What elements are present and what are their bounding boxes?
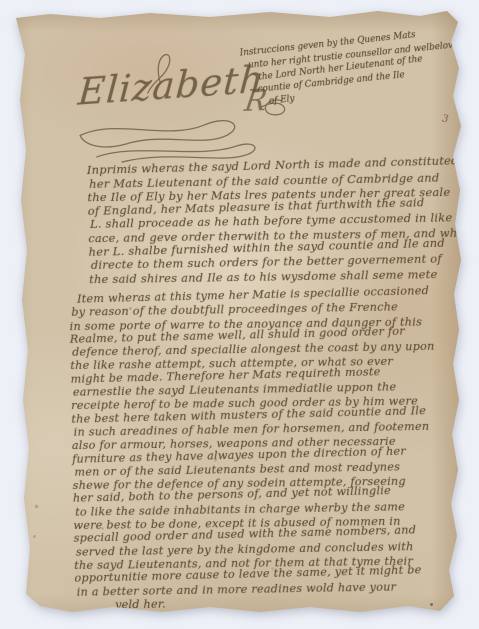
edge-mark: 3 bbox=[441, 114, 449, 126]
parchment-specks bbox=[10, 8, 11, 9]
page-shadow: Elizabeth R Instruccions geven by the Qu… bbox=[0, 0, 479, 629]
parchment-page: Elizabeth R Instruccions geven by the Qu… bbox=[10, 8, 462, 618]
body-paragraph-2: Item wheras at this tyme her Matie is sp… bbox=[69, 285, 462, 612]
body-paragraph-1: Inprimis wheras the sayd Lord North is m… bbox=[87, 156, 462, 286]
ink-dot bbox=[430, 603, 433, 606]
manuscript-photo: { "colors":{ "backdrop":"#edf0f7", "parc… bbox=[0, 0, 479, 629]
